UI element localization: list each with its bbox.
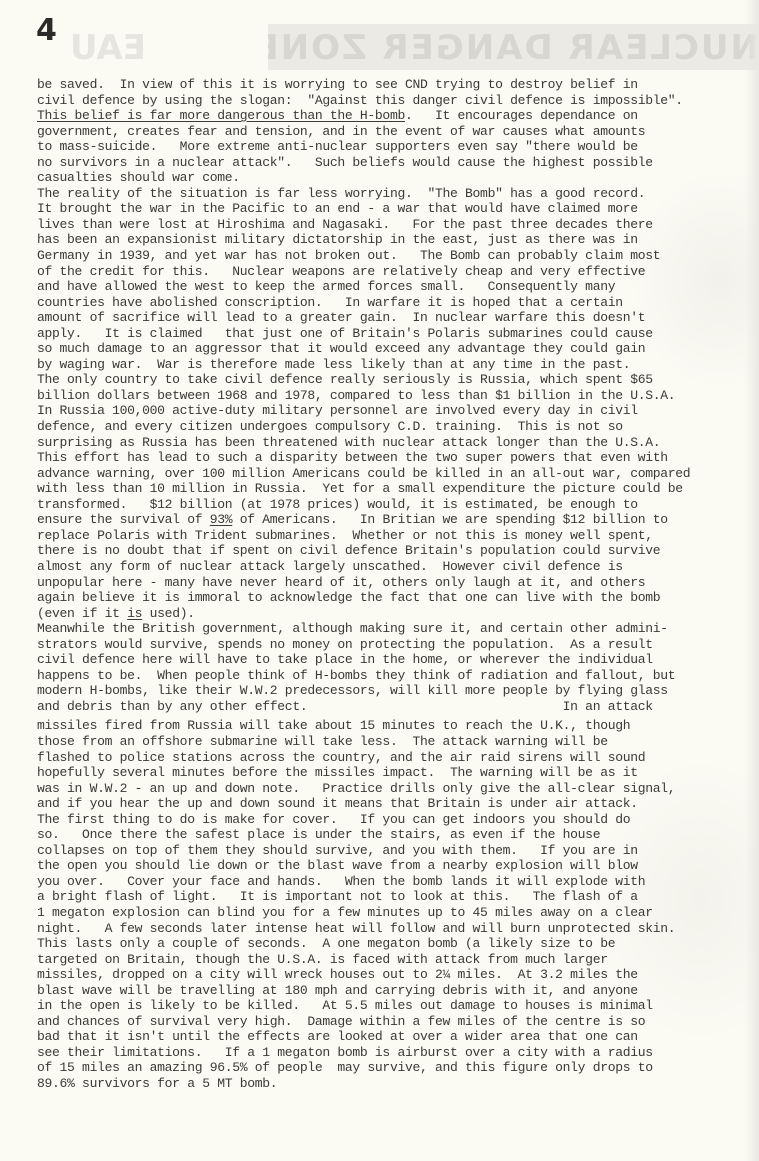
text-fragment: targeted on Britain, though the U.S.A. i… <box>37 952 608 967</box>
text-line: lives than were lost at Hiroshima and Na… <box>37 217 757 233</box>
text-line: almost any form of nuclear attack largel… <box>37 559 757 575</box>
underlined-emphasis: is <box>127 606 142 621</box>
text-fragment: happens to be. When people think of H-bo… <box>37 668 675 683</box>
text-fragment: and debris than by any other effect. In … <box>37 699 653 714</box>
text-line: and if you hear the up and down sound it… <box>37 796 757 812</box>
text-line: The reality of the situation is far less… <box>37 186 757 202</box>
text-fragment: amount of sacrifice will lead to a great… <box>37 310 645 325</box>
text-fragment: transformed. $12 billion (at 1978 prices… <box>37 497 638 512</box>
text-fragment: see their limitations. If a 1 megaton bo… <box>37 1045 653 1060</box>
text-line: no survivors in a nuclear attack". Such … <box>37 155 757 171</box>
body-text: be saved. In view of this it is worrying… <box>37 77 757 1092</box>
text-line: blast wave will be travelling at 180 mph… <box>37 983 757 999</box>
text-line: civil defence by using the slogan: "Agai… <box>37 93 757 109</box>
text-line: In Russia 100,000 active-duty military p… <box>37 403 757 419</box>
text-fragment: there is no doubt that if spent on civil… <box>37 543 660 558</box>
text-fragment: so much damage to an aggressor that it w… <box>37 341 645 356</box>
text-line: be saved. In view of this it is worrying… <box>37 77 757 93</box>
text-line: of the credit for this. Nuclear weapons … <box>37 264 757 280</box>
text-line: by waging war. War is therefore made les… <box>37 357 757 373</box>
text-fragment: of Americans. In Britian we are spending… <box>232 512 668 527</box>
text-fragment: strators would survive, spends no money … <box>37 637 653 652</box>
text-line: happens to be. When people think of H-bo… <box>37 668 757 684</box>
text-fragment: almost any form of nuclear attack largel… <box>37 559 623 574</box>
text-line: a bright flash of light. It is important… <box>37 889 757 905</box>
text-fragment: surprising as Russia has been threatened… <box>37 435 660 450</box>
text-line: This effort has lead to such a disparity… <box>37 450 757 466</box>
text-line: transformed. $12 billion (at 1978 prices… <box>37 497 757 513</box>
document-page: EAU NUCLEAR DANGER ZONE 4 be saved. In v… <box>0 0 759 1161</box>
text-line: countries have abolished conscription. I… <box>37 295 757 311</box>
text-fragment: collapses on top of them they should sur… <box>37 843 638 858</box>
text-fragment: civil defence here will have to take pla… <box>37 652 653 667</box>
text-fragment: a bright flash of light. It is important… <box>37 889 638 904</box>
text-fragment: those from an offshore submarine will ta… <box>37 734 608 749</box>
bleed-through-banner: NUCLEAR DANGER ZONE <box>268 24 759 70</box>
text-fragment: The reality of the situation is far less… <box>37 186 645 201</box>
text-fragment: flashed to police stations across the co… <box>37 750 645 765</box>
text-fragment: the open you should lie down or the blas… <box>37 858 638 873</box>
text-line: of 15 miles an amazing 96.5% of people m… <box>37 1060 757 1076</box>
text-fragment: It brought the war in the Pacific to an … <box>37 201 638 216</box>
text-line: apply. It is claimed that just one of Br… <box>37 326 757 342</box>
text-line: has been an expansionist military dictat… <box>37 232 757 248</box>
text-line: there is no doubt that if spent on civil… <box>37 543 757 559</box>
text-fragment: with less than 10 million in Russia. Yet… <box>37 481 683 496</box>
text-fragment: unpopular here - many have never heard o… <box>37 575 645 590</box>
text-fragment: night. A few seconds later intense heat … <box>37 921 675 936</box>
text-fragment: missiles fired from Russia will take abo… <box>37 718 630 733</box>
text-fragment: The first thing to do is make for cover.… <box>37 812 630 827</box>
text-line: in the open is likely to be killed. At 5… <box>37 998 757 1014</box>
text-fragment: In Russia 100,000 active-duty military p… <box>37 403 638 418</box>
text-line: surprising as Russia has been threatened… <box>37 435 757 451</box>
text-fragment: advance warning, over 100 million Americ… <box>37 466 690 481</box>
text-line: hopefully several minutes before the mis… <box>37 765 757 781</box>
text-line: so. Once there the safest place is under… <box>37 827 757 843</box>
text-line: This belief is far more dangerous than t… <box>37 108 757 124</box>
text-fragment: and if you hear the up and down sound it… <box>37 796 638 811</box>
text-fragment: The only country to take civil defence r… <box>37 372 653 387</box>
text-line: and chances of survival very high. Damag… <box>37 1014 757 1030</box>
text-line: so much damage to an aggressor that it w… <box>37 341 757 357</box>
text-line: defence, and every citizen undergoes com… <box>37 419 757 435</box>
text-fragment: modern H-bombs, like their W.W.2 predece… <box>37 683 668 698</box>
text-fragment: This lasts only a couple of seconds. A o… <box>37 936 615 951</box>
text-line: and have allowed the west to keep the ar… <box>37 279 757 295</box>
text-fragment: This effort has lead to such a disparity… <box>37 450 668 465</box>
page-number: 4 <box>36 16 57 46</box>
text-line: modern H-bombs, like their W.W.2 predece… <box>37 683 757 699</box>
text-line: was in W.W.2 - an up and down note. Prac… <box>37 781 757 797</box>
text-fragment: in the open is likely to be killed. At 5… <box>37 998 653 1013</box>
text-fragment: by waging war. War is therefore made les… <box>37 357 630 372</box>
text-fragment: again believe it is immoral to acknowled… <box>37 590 660 605</box>
text-fragment: defence, and every citizen undergoes com… <box>37 419 623 434</box>
text-fragment: no survivors in a nuclear attack". Such … <box>37 155 653 170</box>
text-line: collapses on top of them they should sur… <box>37 843 757 859</box>
underlined-emphasis: 93% <box>210 512 233 527</box>
text-fragment: civil defence by using the slogan: "Agai… <box>37 93 683 108</box>
text-line: targeted on Britain, though the U.S.A. i… <box>37 952 757 968</box>
text-fragment: so. Once there the safest place is under… <box>37 827 600 842</box>
text-fragment: and chances of survival very high. Damag… <box>37 1014 645 1029</box>
text-line: Germany in 1939, and yet war has not bro… <box>37 248 757 264</box>
text-line: to mass-suicide. More extreme anti-nucle… <box>37 139 757 155</box>
text-fragment: missiles, dropped on a city will wreck h… <box>37 967 638 982</box>
text-fragment: you over. Cover your face and hands. Whe… <box>37 874 645 889</box>
text-fragment: to mass-suicide. More extreme anti-nucle… <box>37 139 638 154</box>
text-line: the open you should lie down or the blas… <box>37 858 757 874</box>
text-fragment: Germany in 1939, and yet war has not bro… <box>37 248 660 263</box>
text-line: 89.6% survivors for a 5 MT bomb. <box>37 1076 757 1092</box>
text-line: those from an offshore submarine will ta… <box>37 734 757 750</box>
text-line: unpopular here - many have never heard o… <box>37 575 757 591</box>
text-fragment: and have allowed the west to keep the ar… <box>37 279 615 294</box>
text-fragment: used). <box>142 606 195 621</box>
text-fragment: blast wave will be travelling at 180 mph… <box>37 983 638 998</box>
text-line: This lasts only a couple of seconds. A o… <box>37 936 757 952</box>
text-fragment: 1 megaton explosion can blind you for a … <box>37 905 653 920</box>
text-fragment: 89.6% survivors for a 5 MT bomb. <box>37 1076 277 1091</box>
text-line: missiles fired from Russia will take abo… <box>37 718 757 734</box>
text-fragment: apply. It is claimed that just one of Br… <box>37 326 653 341</box>
bleed-through-heading: NUCLEAR DANGER ZONE <box>268 28 759 68</box>
text-line: (even if it is used). <box>37 606 757 622</box>
text-line: replace Polaris with Trident submarines.… <box>37 528 757 544</box>
text-fragment: Meanwhile the British government, althou… <box>37 621 668 636</box>
text-fragment: (even if it <box>37 606 127 621</box>
text-line: with less than 10 million in Russia. Yet… <box>37 481 757 497</box>
text-line: civil defence here will have to take pla… <box>37 652 757 668</box>
text-fragment: ensure the survival of <box>37 512 210 527</box>
text-line: amount of sacrifice will lead to a great… <box>37 310 757 326</box>
text-line: strators would survive, spends no money … <box>37 637 757 653</box>
text-fragment: has been an expansionist military dictat… <box>37 232 638 247</box>
text-line: bad that it isn't until the effects are … <box>37 1029 757 1045</box>
text-fragment: countries have abolished conscription. I… <box>37 295 623 310</box>
text-line: see their limitations. If a 1 megaton bo… <box>37 1045 757 1061</box>
text-fragment: billion dollars between 1968 and 1978, c… <box>37 388 675 403</box>
text-fragment: be saved. In view of this it is worrying… <box>37 77 638 92</box>
text-line: flashed to police stations across the co… <box>37 750 757 766</box>
text-line: missiles, dropped on a city will wreck h… <box>37 967 757 983</box>
text-fragment: replace Polaris with Trident submarines.… <box>37 528 653 543</box>
text-line: The only country to take civil defence r… <box>37 372 757 388</box>
text-line: and debris than by any other effect. In … <box>37 699 757 715</box>
text-line: The first thing to do is make for cover.… <box>37 812 757 828</box>
text-fragment: of 15 miles an amazing 96.5% of people m… <box>37 1060 653 1075</box>
underlined-emphasis: This belief is far more dangerous than t… <box>37 108 405 123</box>
text-line: you over. Cover your face and hands. Whe… <box>37 874 757 890</box>
text-fragment: casualties should war come. <box>37 170 240 185</box>
text-line: casualties should war come. <box>37 170 757 186</box>
text-line: again believe it is immoral to acknowled… <box>37 590 757 606</box>
text-fragment: hopefully several minutes before the mis… <box>37 765 638 780</box>
text-line: Meanwhile the British government, althou… <box>37 621 757 637</box>
text-line: 1 megaton explosion can blind you for a … <box>37 905 757 921</box>
text-fragment: government, creates fear and tension, an… <box>37 124 645 139</box>
text-fragment: lives than were lost at Hiroshima and Na… <box>37 217 653 232</box>
text-line: night. A few seconds later intense heat … <box>37 921 757 937</box>
text-line: It brought the war in the Pacific to an … <box>37 201 757 217</box>
text-line: government, creates fear and tension, an… <box>37 124 757 140</box>
text-fragment: was in W.W.2 - an up and down note. Prac… <box>37 781 675 796</box>
text-fragment: bad that it isn't until the effects are … <box>37 1029 638 1044</box>
page-edge-shadow <box>745 0 759 1161</box>
text-fragment: . It encourages dependance on <box>405 108 638 123</box>
text-line: ensure the survival of 93% of Americans.… <box>37 512 757 528</box>
text-line: advance warning, over 100 million Americ… <box>37 466 757 482</box>
text-line: billion dollars between 1968 and 1978, c… <box>37 388 757 404</box>
text-fragment: of the credit for this. Nuclear weapons … <box>37 264 645 279</box>
